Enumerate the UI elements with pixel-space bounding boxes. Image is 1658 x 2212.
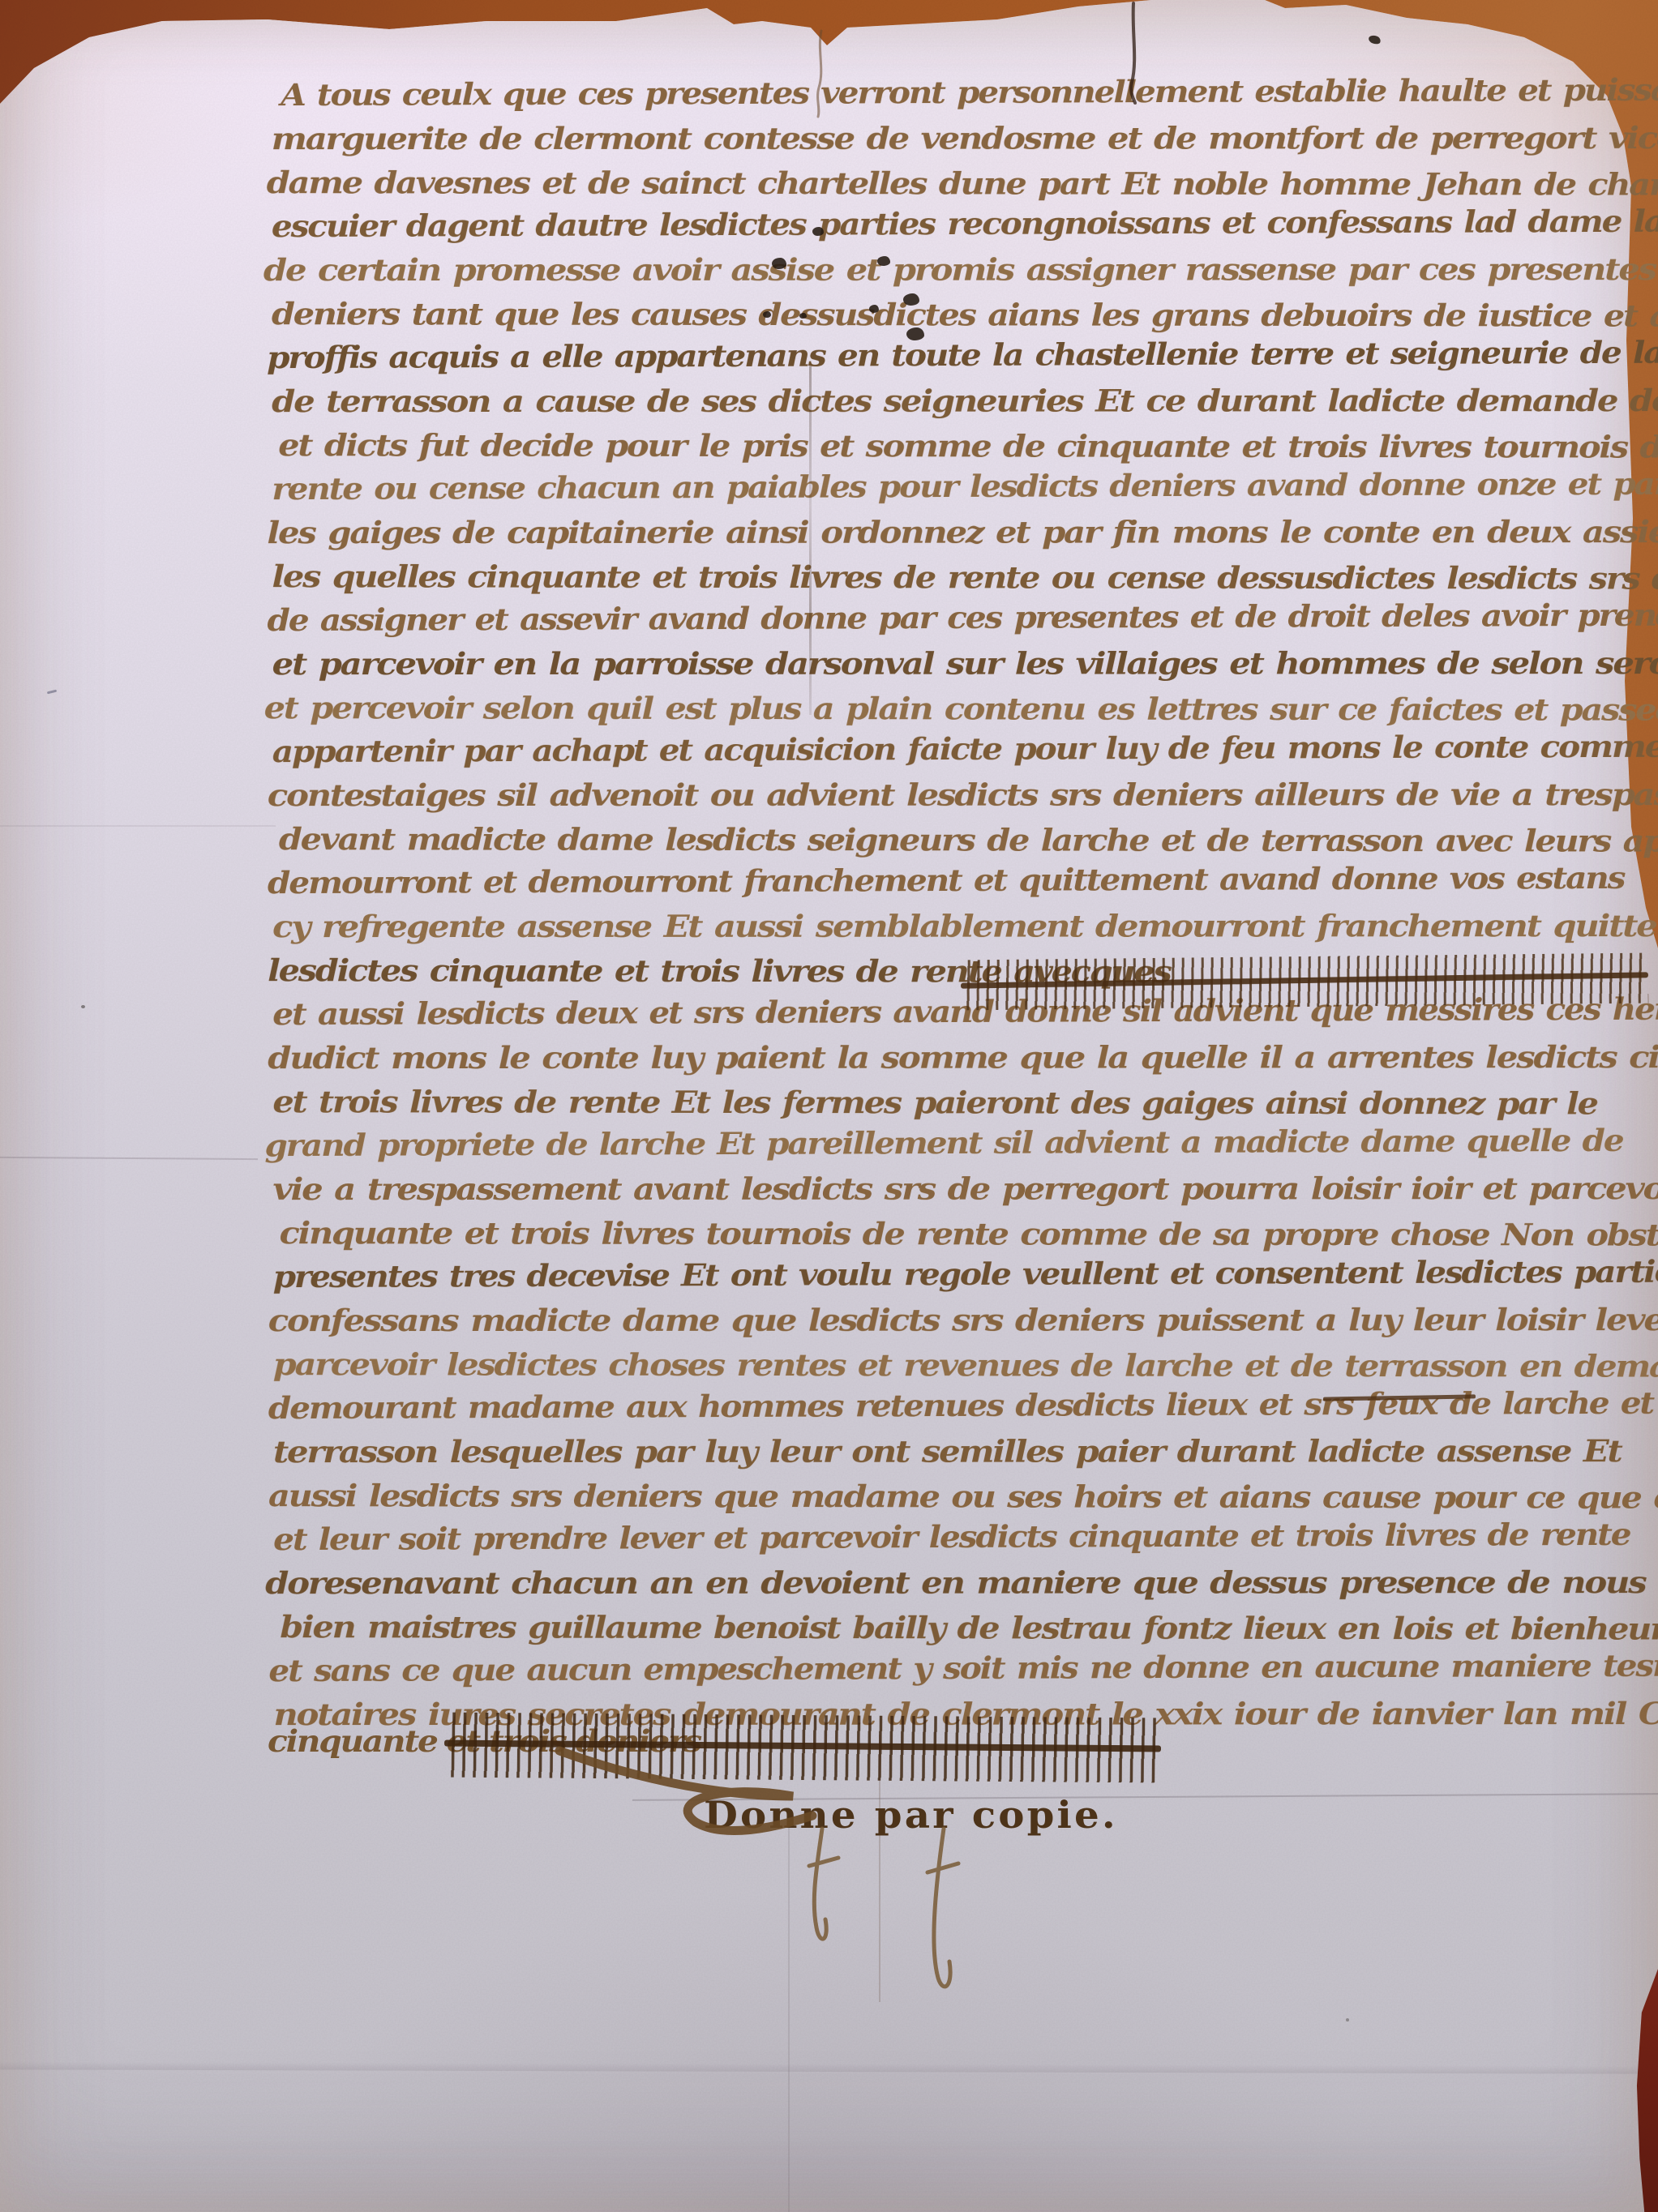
ink-blot: [799, 313, 807, 319]
descender-flourish-left: [809, 1829, 838, 1939]
closing-swash-flourish: [559, 1751, 812, 1830]
deckle-notch-stem: [818, 31, 821, 117]
manuscript-photo: { "document": { "kind": "medieval French…: [0, 0, 1658, 2212]
ink-blot: [772, 258, 786, 269]
pen-flourishes-layer: [0, 0, 1658, 2212]
ink-dribble: [809, 366, 812, 715]
torn-edge-mark: [1131, 3, 1135, 103]
paper-speck: [81, 1005, 85, 1008]
ink-blot: [877, 256, 890, 266]
descender-flourish-right: [928, 1829, 958, 1987]
paper-speck: [1346, 2018, 1349, 2022]
ink-blot: [763, 311, 771, 318]
ink-blot: [906, 327, 924, 340]
ink-blot: [812, 227, 824, 236]
ink-blot: [903, 293, 919, 306]
ink-blot: [869, 305, 879, 313]
